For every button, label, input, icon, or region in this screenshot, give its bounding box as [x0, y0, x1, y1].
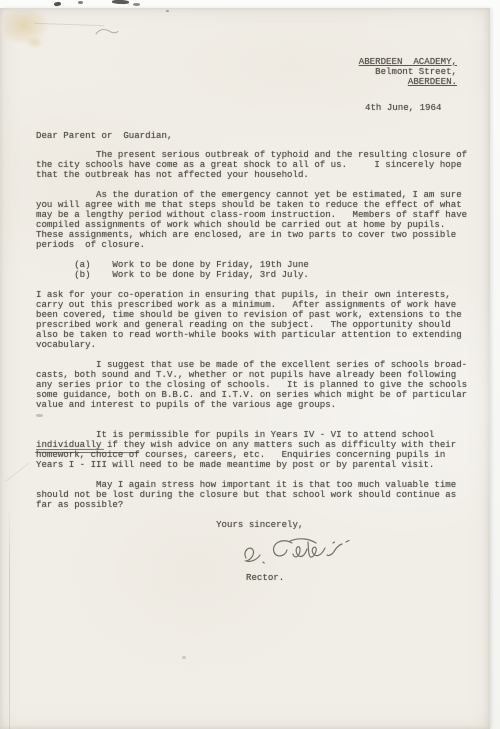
- text-line: [36, 410, 467, 420]
- ink-speck: [112, 0, 129, 4]
- text-line: that the outbreak has not affected your …: [36, 170, 467, 180]
- scanned-letter-page: ABERDEEN ACADEMY,Belmont Street,ABERDEEN…: [0, 0, 500, 729]
- letter-body: The present serious outbreak of typhoid …: [36, 150, 467, 530]
- text-line: far as possible?: [36, 500, 467, 510]
- letter-date: 4th June, 1964: [365, 103, 441, 113]
- text-line: periods of closure.: [36, 240, 467, 250]
- ink-speck: [78, 1, 83, 4]
- text-line: Yours sincerely,: [36, 520, 467, 530]
- salutation: Dear Parent or Guardian,: [36, 131, 172, 141]
- text-line: (b) Work to be done by Friday, 3rd July.: [36, 270, 467, 280]
- text-line: also be taken to read worth-while books …: [36, 330, 467, 340]
- signature-handwriting: [236, 534, 364, 572]
- ink-speck: [54, 2, 61, 7]
- signer-title: Rector.: [246, 573, 284, 583]
- text-line: vocabulary.: [36, 340, 467, 350]
- text-line: value and interest to pupils of the vari…: [36, 400, 467, 410]
- ink-speck: [133, 3, 140, 6]
- text-line: Years I - III will need to be made meant…: [36, 460, 467, 470]
- letterhead-address: ABERDEEN ACADEMY,Belmont Street,ABERDEEN…: [359, 57, 457, 87]
- text-line: ABERDEEN.: [359, 77, 457, 87]
